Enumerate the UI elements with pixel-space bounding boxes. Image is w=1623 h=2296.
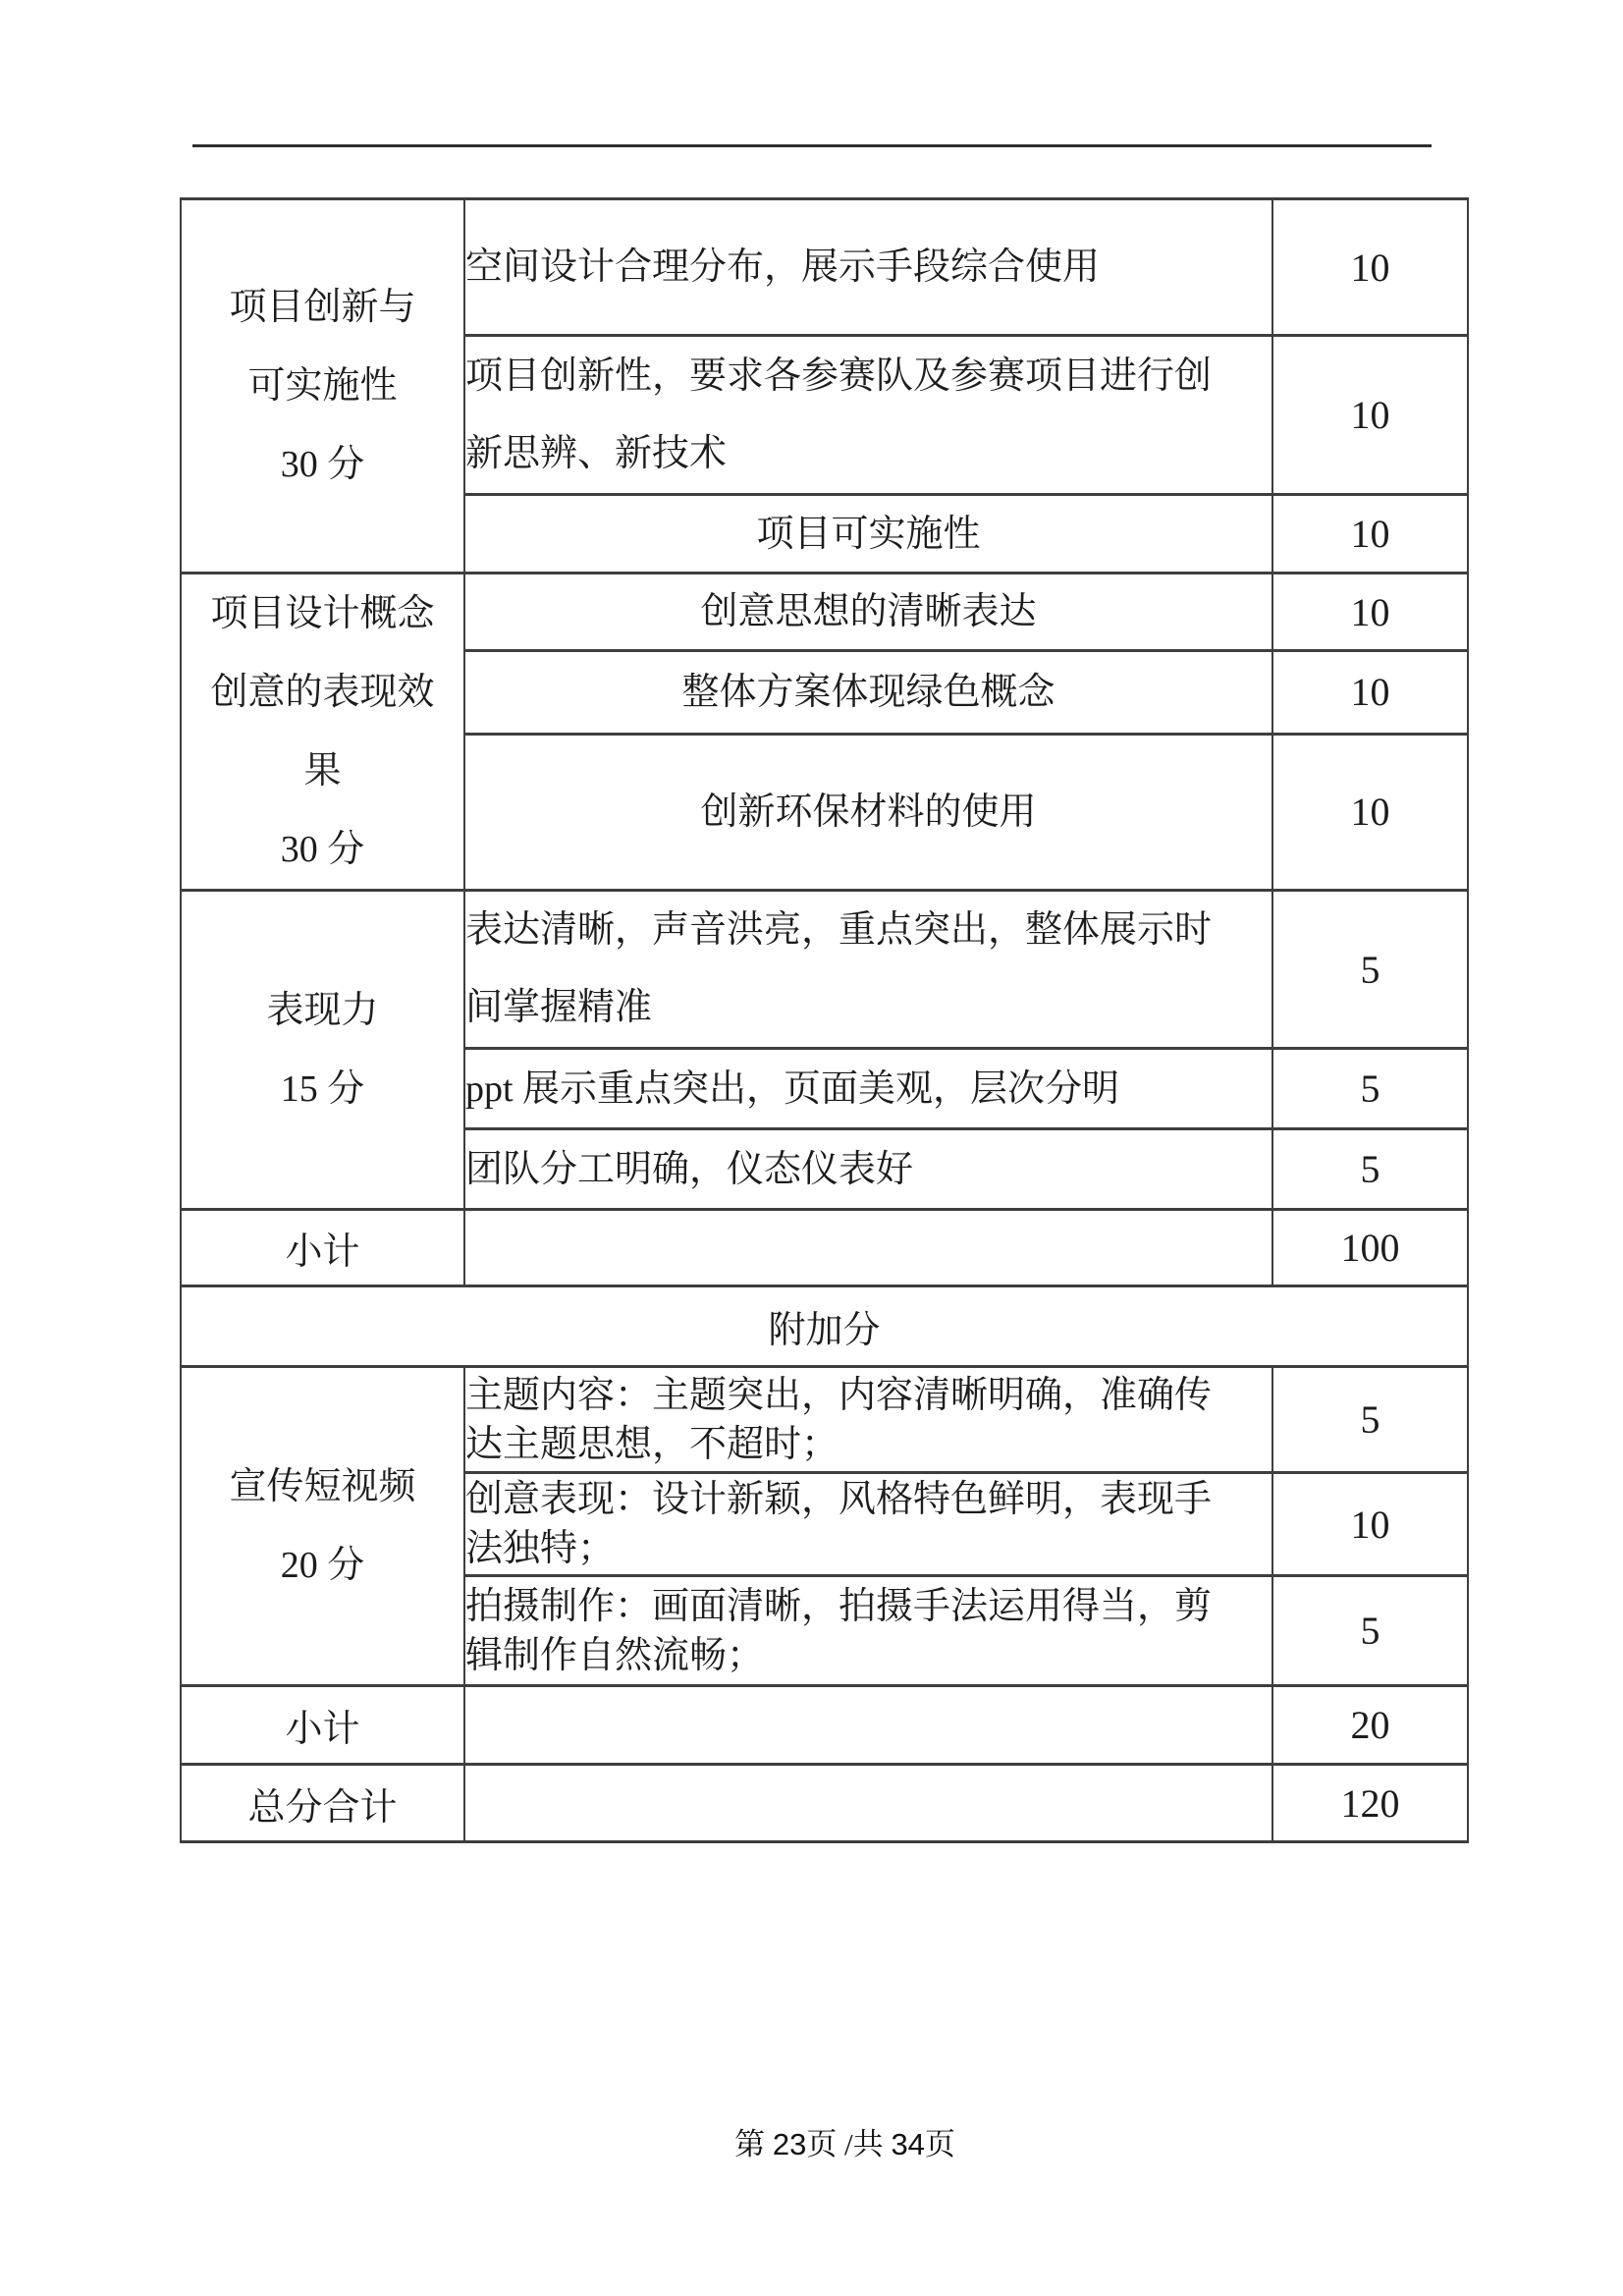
total-score: 120 bbox=[1272, 1765, 1468, 1842]
criteria-cell: 主题内容：主题突出，内容清晰明确，准确传 达主题思想，不超时； bbox=[464, 1367, 1272, 1473]
category-line: 果 bbox=[182, 732, 463, 810]
subtotal-label: 小计 bbox=[181, 1210, 464, 1286]
subtotal-label: 小计 bbox=[181, 1686, 464, 1765]
category-line: 项目创新与 bbox=[182, 268, 463, 347]
category-points: 15 分 bbox=[182, 1050, 463, 1128]
subtotal-row: 小计 100 bbox=[181, 1210, 1468, 1286]
score-cell: 10 bbox=[1272, 734, 1468, 890]
category-points: 20 分 bbox=[182, 1526, 463, 1605]
category-cell-promo-video: 宣传短视频 20 分 bbox=[181, 1367, 464, 1686]
subtotal-score: 20 bbox=[1272, 1686, 1468, 1765]
criteria-cell: 团队分工明确，仪态仪表好 bbox=[464, 1129, 1272, 1210]
score-cell: 10 bbox=[1272, 651, 1468, 734]
table-row: 项目设计概念 创意的表现效 果 30 分 创意思想的清晰表达 10 bbox=[181, 574, 1468, 651]
category-cell-presentation: 表现力 15 分 bbox=[181, 891, 464, 1210]
score-cell: 5 bbox=[1272, 1367, 1468, 1473]
bonus-header-row: 附加分 bbox=[181, 1286, 1468, 1367]
table-row: 项目创新与 可实施性 30 分 空间设计合理分布，展示手段综合使用 10 bbox=[181, 199, 1468, 336]
criteria-cell: 创意思想的清晰表达 bbox=[464, 574, 1272, 651]
total-pages: 34 bbox=[891, 2127, 924, 2161]
score-cell: 10 bbox=[1272, 574, 1468, 651]
empty-cell bbox=[464, 1765, 1272, 1842]
category-line: 项目设计概念 bbox=[182, 574, 463, 653]
score-cell: 5 bbox=[1272, 891, 1468, 1049]
criteria-cell: 表达清晰，声音洪亮，重点突出，整体展示时 间掌握精准 bbox=[464, 891, 1272, 1049]
footer-text: 页 bbox=[925, 2127, 955, 2161]
category-line: 创意的表现效 bbox=[182, 653, 463, 732]
criteria-cell: 整体方案体现绿色概念 bbox=[464, 651, 1272, 734]
page-number: 23 bbox=[773, 2127, 806, 2161]
footer-text: 页 /共 bbox=[806, 2127, 891, 2161]
category-cell-innovation: 项目创新与 可实施性 30 分 bbox=[181, 199, 464, 574]
empty-cell bbox=[464, 1210, 1272, 1286]
empty-cell bbox=[464, 1686, 1272, 1765]
bonus-header-cell: 附加分 bbox=[181, 1286, 1468, 1367]
category-line: 可实施性 bbox=[182, 347, 463, 425]
criteria-cell: 空间设计合理分布，展示手段综合使用 bbox=[464, 199, 1272, 336]
score-cell: 5 bbox=[1272, 1049, 1468, 1129]
subtotal-score: 100 bbox=[1272, 1210, 1468, 1286]
score-cell: 5 bbox=[1272, 1129, 1468, 1210]
document-page: 项目创新与 可实施性 30 分 空间设计合理分布，展示手段综合使用 10 项目创… bbox=[0, 0, 1623, 2296]
criteria-cell: 拍摄制作：画面清晰，拍摄手法运用得当，剪 辑制作自然流畅； bbox=[464, 1576, 1272, 1686]
category-cell-design-concept: 项目设计概念 创意的表现效 果 30 分 bbox=[181, 574, 464, 891]
table-row: 表现力 15 分 表达清晰，声音洪亮，重点突出，整体展示时 间掌握精准 5 bbox=[181, 891, 1468, 1049]
criteria-cell: 创新环保材料的使用 bbox=[464, 734, 1272, 890]
criteria-cell: 创意表现：设计新颖，风格特色鲜明，表现手 法独特； bbox=[464, 1473, 1272, 1576]
table-row: 宣传短视频 20 分 主题内容：主题突出，内容清晰明确，准确传 达主题思想，不超… bbox=[181, 1367, 1468, 1473]
total-label: 总分合计 bbox=[181, 1765, 464, 1842]
category-line: 表现力 bbox=[182, 971, 463, 1050]
criteria-cell: 项目可实施性 bbox=[464, 495, 1272, 574]
scoring-table: 项目创新与 可实施性 30 分 空间设计合理分布，展示手段综合使用 10 项目创… bbox=[180, 197, 1469, 1843]
footer-text: 第 bbox=[734, 2127, 773, 2161]
total-row: 总分合计 120 bbox=[181, 1765, 1468, 1842]
category-line: 宣传短视频 bbox=[182, 1448, 463, 1526]
score-cell: 5 bbox=[1272, 1576, 1468, 1686]
score-cell: 10 bbox=[1272, 495, 1468, 574]
score-cell: 10 bbox=[1272, 1473, 1468, 1576]
category-points: 30 分 bbox=[182, 425, 463, 504]
page-header-rule bbox=[192, 144, 1432, 147]
subtotal-row: 小计 20 bbox=[181, 1686, 1468, 1765]
category-points: 30 分 bbox=[182, 810, 463, 889]
criteria-cell: ppt 展示重点突出，页面美观，层次分明 bbox=[464, 1049, 1272, 1129]
score-cell: 10 bbox=[1272, 336, 1468, 495]
score-cell: 10 bbox=[1272, 199, 1468, 336]
criteria-cell: 项目创新性，要求各参赛队及参赛项目进行创 新思辨、新技术 bbox=[464, 336, 1272, 495]
page-footer: 第 23页 /共 34页 bbox=[0, 2127, 1623, 2162]
